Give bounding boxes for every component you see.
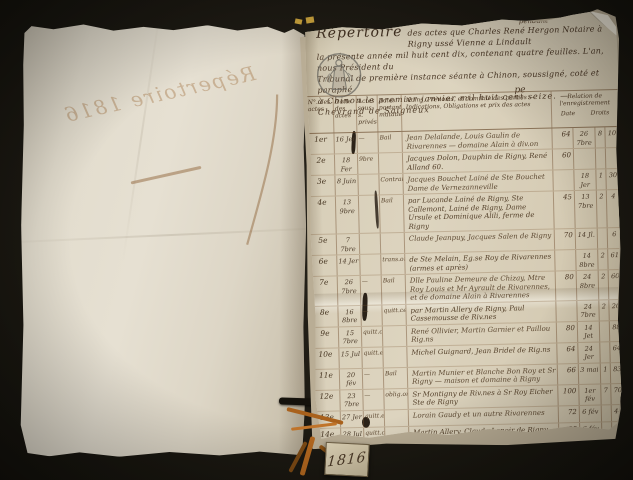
row-amount: 60	[552, 149, 573, 169]
row-parties-text: Martin Munier et Blanche Bon Roy et Sr R…	[407, 364, 557, 387]
row-parties-text: Jacques Dolon, Dauphin de Rigny, René Al…	[402, 150, 552, 173]
row-droits-centimes: 64	[609, 341, 623, 361]
row-droits-centimes: 83	[610, 362, 624, 382]
row-acte-prive: quitt.e	[363, 410, 384, 426]
page-title: Répertoire	[316, 24, 403, 42]
row-acte-nature: quitt.ce	[381, 304, 405, 325]
year-paper-tag: 1816	[324, 442, 370, 477]
row-registration-date: 14 Jet	[577, 321, 599, 341]
row-droits-centimes: 6	[607, 228, 621, 248]
row-amount	[554, 250, 575, 270]
row-droits-francs: 10	[601, 439, 612, 468]
row-droits-francs	[595, 148, 605, 168]
row-acte-prive: quitt.e	[361, 347, 382, 367]
row-registration-date: 26 7bre	[572, 128, 594, 148]
row-act-date: 16 Jer	[333, 133, 356, 154]
row-act-date: 7 7bre	[336, 234, 359, 255]
row-act-date: 26 7bre	[337, 276, 361, 305]
col-header-actes-prives: Actes sous s. privés	[356, 96, 378, 132]
row-acte-prive: —	[362, 389, 383, 409]
showthrough-underline	[131, 166, 202, 185]
row-droits-francs	[599, 342, 609, 362]
row-amount: 45	[553, 191, 575, 228]
row-parties-text: par Martin Allery de Rigny, Paul Cassemo…	[405, 301, 555, 324]
row-droits-francs: 2	[598, 300, 608, 320]
row-registration-date: 18 Jer	[573, 170, 595, 190]
row-number: 2e	[307, 154, 334, 175]
row-acte-nature: Prise en vente	[385, 443, 410, 472]
row-act-date: 15 7bre	[338, 326, 361, 347]
row-registration-date: 24 7bre	[576, 300, 598, 320]
row-registration-date: 1er fév	[578, 384, 600, 404]
row-amount: 72	[558, 406, 579, 422]
row-registration-date: 14 Jl.	[575, 229, 597, 249]
row-acte-nature: Bail	[377, 132, 401, 153]
register-table: N°. des actes Datte des actes Actes sous…	[306, 89, 627, 475]
timbre-stamp-icon	[315, 51, 364, 100]
row-number: 6e	[309, 255, 336, 276]
row-acte-nature	[382, 325, 406, 346]
row-droits-francs	[601, 405, 611, 421]
row-registration-date: 14 8bre	[575, 250, 597, 270]
row-registration-date	[573, 149, 595, 169]
row-amount: 80	[556, 322, 577, 342]
row-acte-nature	[378, 153, 402, 174]
row-parties-text: de Ste Melain, Eg.se Roy de Rivarennes (…	[404, 251, 554, 274]
table-body: 1er 16 Jer — Bail Jean Delalande, Louis …	[306, 127, 626, 475]
row-parties-text: Claude Jeanpuy, Jacques Salen de Rigny	[404, 230, 554, 253]
row-droits-centimes: 88	[609, 320, 623, 340]
row-acte-nature: trans.on	[380, 254, 404, 275]
row-amount	[555, 301, 576, 321]
row-registration-date: 6 fév	[579, 439, 602, 468]
row-parties-text: par Lucande Lainé de Rigny, Ste Callemon…	[403, 192, 554, 232]
row-registration-date: 24 8bre	[576, 271, 599, 300]
repertoire-page: pendant Répertoire des actes que Charles…	[300, 9, 630, 446]
row-droits-centimes: 70	[610, 383, 624, 403]
ink-showthrough: Répertoire 1816	[53, 55, 286, 228]
row-amount: 64	[551, 128, 572, 148]
row-droits-francs: 7	[600, 384, 610, 404]
row-amount: 64	[556, 343, 577, 363]
row-act-date: 14 Jer	[336, 255, 359, 276]
row-amount: 100	[557, 385, 578, 405]
row-droits-francs	[597, 228, 607, 248]
row-droits-francs: 8	[594, 127, 604, 147]
row-droits-centimes: 56	[611, 438, 626, 467]
row-droits-centimes: 4	[606, 190, 621, 227]
row-acte-prive	[357, 174, 378, 194]
col-header-enregistrement-line1: Relation de l'enregistrement	[553, 92, 617, 107]
scanned-document-photo: Répertoire 1816 pendant Répertoire des a…	[0, 0, 633, 480]
row-droits-francs: 1	[600, 363, 610, 383]
row-number: 3e	[307, 175, 334, 196]
row-parties-text: Michel Guignard, Jean Bridel de Rig.ns	[406, 343, 556, 366]
row-droits-francs: 1	[595, 169, 605, 189]
row-parties-text: Lorain Gaudy et un autre Rivarennes	[408, 406, 558, 425]
row-droits-francs: 2	[597, 249, 607, 269]
row-registration-date: 13 7bre	[574, 191, 597, 228]
row-acte-nature	[384, 409, 408, 426]
row-amount: 66	[557, 364, 578, 384]
row-act-date: 27 Jer	[340, 410, 363, 427]
row-acte-nature: oblig.on	[383, 388, 407, 409]
row-act-date: 8 Juin	[334, 175, 357, 196]
row-acte-prive	[359, 254, 380, 274]
row-parties-text: Sr Montigny de Riv.nes à Sr Roy Eicher S…	[407, 385, 557, 408]
row-parties-text: René Ollivier, Martin Garnier et Paillou…	[406, 322, 556, 345]
row-acte-prive: —	[356, 132, 377, 152]
row-amount: 80	[555, 271, 577, 300]
row-amount: 5	[558, 439, 580, 468]
row-number: 5e	[309, 234, 336, 255]
col-header-reg-droits: Droits	[591, 109, 610, 116]
col-header-date: Datte des actes	[333, 96, 357, 133]
col-header-enregistrement: Relation de l'enregistrement Date Droits	[551, 90, 619, 128]
row-parties-text: Dlle Pauline Demeure de Chizay, Mtre Roy…	[405, 272, 556, 304]
row-acte-prive: —	[362, 368, 383, 388]
binding-paper-bits	[295, 17, 317, 27]
row-act-date: 23 7bre	[339, 389, 362, 410]
row-acte-prive: 9bre	[357, 153, 378, 173]
col-header-reg-date: Date	[561, 110, 576, 117]
col-header-numero: N°. des actes	[306, 97, 334, 134]
row-amount: 70	[554, 229, 575, 249]
row-registration-date: 3 mai	[578, 363, 600, 383]
row-acte-nature	[380, 233, 404, 254]
row-act-date: 20 fév	[339, 368, 362, 389]
row-number: 4e	[308, 196, 336, 234]
row-acte-prive	[358, 195, 380, 232]
row-acte-nature: Contrat	[378, 174, 402, 195]
row-droits-centimes: 20	[608, 299, 622, 319]
row-parties-text: Jean Delalande, Louis Gaulin de Rivarenn…	[401, 129, 551, 152]
row-amount	[552, 170, 573, 190]
row-acte-prive: quitt.ce	[361, 326, 382, 346]
col-header-noms-prenoms: Noms, Prénoms, et domicile des parties —…	[401, 92, 552, 131]
row-act-date: 18 Fer	[334, 154, 357, 175]
row-acte-nature: Bail	[379, 195, 404, 233]
row-act-date: 13 9bre	[335, 196, 359, 234]
row-acte-nature	[382, 346, 406, 367]
row-acte-prive	[359, 233, 380, 253]
row-act-date: 15 Jul	[338, 347, 361, 368]
row-registration-date: 6 fév	[579, 405, 601, 421]
row-acte-prive: —	[360, 275, 382, 304]
row-act-date: 16 8bre	[337, 305, 360, 326]
row-droits-francs: 2	[598, 270, 609, 299]
left-blank-page: Répertoire 1816	[18, 23, 307, 459]
binding-fold-slit	[279, 397, 315, 405]
row-parties-text: Jacques Bouchet Lainé de Ste Bouchet Dam…	[402, 171, 552, 194]
row-droits-centimes	[605, 148, 619, 168]
row-number: 11e	[312, 369, 339, 390]
year-tag-label: 1816	[327, 449, 368, 470]
row-acte-nature: Bail	[383, 367, 407, 388]
row-acte-nature: Bail	[381, 275, 406, 304]
row-droits-francs	[599, 321, 609, 341]
row-registration-date: 24 Jer	[577, 342, 599, 362]
row-acte-prive: —	[360, 305, 381, 325]
col-header-actes-mutation: Actes portant mutation	[377, 95, 402, 132]
row-droits-centimes: 60	[608, 270, 623, 299]
